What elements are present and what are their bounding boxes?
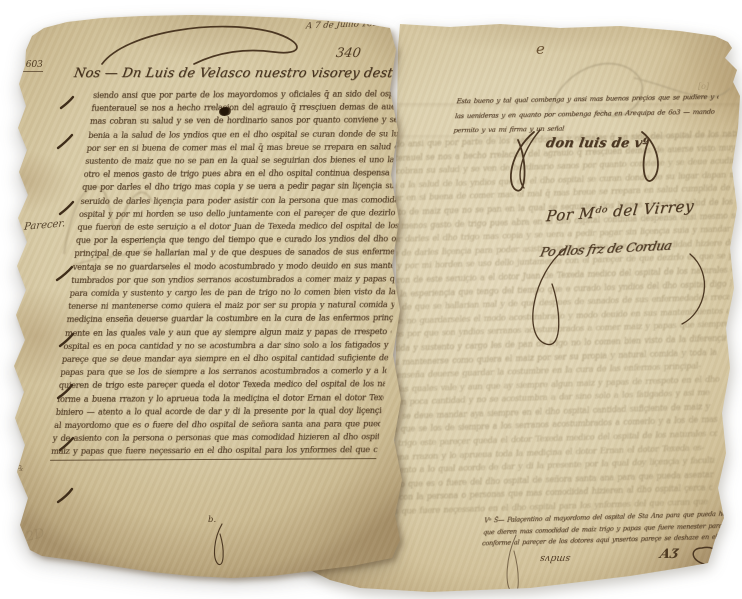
manuscript-line: mediçina enseña deuerse guardar la costu… (66, 312, 394, 327)
folio-number: 340 (335, 46, 362, 61)
ghost-bleed-mark: 2D (24, 526, 46, 545)
paraph-left-icon (494, 126, 546, 198)
top-curl-mark: e (536, 40, 545, 58)
ghost-signature-icon (52, 158, 162, 278)
margin-mark: ℞ (16, 464, 23, 473)
manuscript-line: maiz y papas que fuere neçessario en el … (50, 444, 378, 461)
manuscript-photo: siendo ansi que por parte de los mayordo… (0, 0, 742, 599)
heading-line: Nos — Dn Luis de Velasco nuestro visorey… (73, 66, 397, 81)
paraph-right-icon (632, 124, 672, 186)
manuscript-line: quieren de trigo este pareçer queda el d… (58, 378, 386, 393)
docket-text: Esta bueno y tal qual combenga y ansi ma… (453, 90, 720, 138)
inverted-docket-word: smdvs (539, 553, 571, 564)
date-annotation: A 7 de Jullio 1603 (305, 19, 383, 32)
secretary-signature-flourish-icon (522, 240, 722, 370)
manuscript-line: mas cobran su salud y se ven de hordinar… (89, 114, 417, 129)
left-page-paper: 1603 — A 7 de Jullio 1603 340 Nos — Dn L… (12, 10, 414, 582)
closing-loop-icon (210, 522, 230, 570)
notary-rubric-flourish-icon (680, 542, 724, 588)
left-page: 1603 — A 7 de Jullio 1603 340 Nos — Dn L… (12, 10, 414, 582)
archival-year: 1603 (20, 60, 43, 72)
docket-loop-icon (502, 533, 526, 599)
notary-rubric: AƷ (658, 547, 680, 562)
date-dash-mark: — (240, 23, 248, 32)
